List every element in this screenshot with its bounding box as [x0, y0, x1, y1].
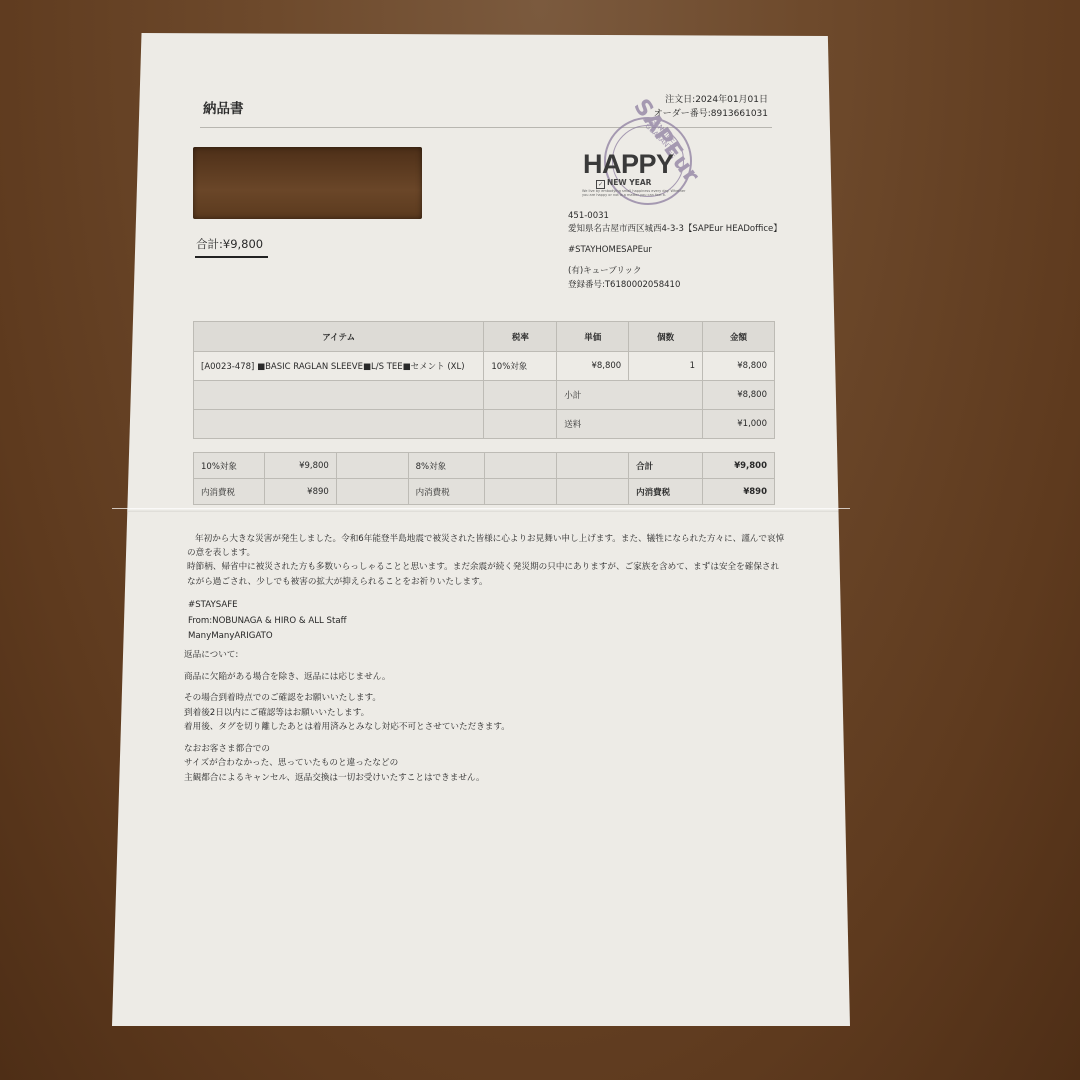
empty-cell — [484, 410, 557, 439]
from-line: From:NOBUNAGA & HIRO & ALL Staff — [188, 614, 347, 630]
new-year-label: ✓NEW YEAR — [596, 178, 651, 189]
grand-total-value: ¥9,800 — [703, 453, 775, 479]
sender-hashtag: #STAYHOMESAPEur — [568, 244, 652, 257]
shipping-label: 送料 — [557, 410, 703, 439]
logo-fine-print: We live by embodying small happiness eve… — [582, 189, 687, 197]
empty-cell — [557, 479, 629, 505]
returns-line: 到着後2日以内にご確認等はお願いいたします。 — [184, 706, 784, 721]
sender-postal-code: 451-0031 — [568, 210, 609, 223]
order-number: オーダー番号:8913661031 — [654, 107, 768, 121]
order-meta: 注文日:2024年01月01日 オーダー番号:8913661031 — [654, 93, 768, 121]
shipping-value: ¥1,000 — [703, 410, 775, 439]
rate8-label: 8%対象 — [408, 453, 484, 479]
returns-policy: 返品について: 商品に欠陥がある場合を除き、返品には応じません。 その場合到着時… — [184, 648, 784, 785]
header-tax-rate: 税率 — [484, 322, 557, 352]
empty-cell — [336, 479, 408, 505]
returns-line: その場合到着時点でのご確認をお願いいたします。 — [184, 691, 784, 706]
signature-block: #STAYSAFE From:NOBUNAGA & HIRO & ALL Sta… — [188, 598, 347, 645]
table-row: [A0023-478] ■BASIC RAGLAN SLEEVE■L/S TEE… — [194, 352, 775, 381]
sender-registration: 登録番号:T6180002058410 — [568, 279, 680, 292]
total-summary: 合計:¥9,800 — [196, 236, 263, 252]
condolence-message: 年初から大きな災害が発生しました。令和6年能登半島地震で被災された皆様に心よりお… — [187, 532, 787, 589]
new-year-text: NEW YEAR — [607, 178, 651, 187]
rate8-value — [484, 453, 557, 479]
item-unit-price: ¥8,800 — [557, 352, 629, 381]
returns-line: サイズが合わなかった、思っていたものと違ったなどの — [184, 756, 784, 771]
tax-row-base: 10%対象 ¥9,800 8%対象 合計 ¥9,800 — [194, 453, 775, 479]
tax8-label: 内消費税 — [408, 479, 484, 505]
empty-cell — [194, 410, 484, 439]
item-name: [A0023-478] ■BASIC RAGLAN SLEEVE■L/S TEE… — [194, 352, 484, 381]
subtotal-value: ¥8,800 — [703, 381, 775, 410]
happy-logo: HAPPY — [583, 149, 674, 180]
subtotal-row: 小計 ¥8,800 — [194, 381, 775, 410]
tax10-value: ¥890 — [264, 479, 336, 505]
header-unit-price: 単価 — [557, 322, 629, 352]
shipping-row: 送料 ¥1,000 — [194, 410, 775, 439]
total-tax-label: 内消費税 — [629, 479, 703, 505]
header-amount: 金額 — [703, 322, 775, 352]
total-tax-value: ¥890 — [703, 479, 775, 505]
sender-company: (有)キューブリック — [568, 265, 642, 278]
delivery-note: 納品書 注文日:2024年01月01日 オーダー番号:8913661031 合計… — [0, 0, 1080, 1080]
envelope-window-cutout — [193, 147, 422, 219]
item-amount: ¥8,800 — [703, 352, 775, 381]
tax8-value — [484, 479, 557, 505]
order-date: 注文日:2024年01月01日 — [654, 93, 768, 107]
thanks-line: ManyManyARIGATO — [188, 629, 347, 645]
paper-fold-line — [112, 508, 850, 509]
message-paragraph: 年初から大きな災害が発生しました。令和6年能登半島地震で被災された皆様に心よりお… — [187, 532, 787, 560]
returns-heading: 返品について: — [184, 648, 784, 663]
returns-line: 商品に欠陥がある場合を除き、返品には応じません。 — [184, 670, 784, 685]
message-paragraph: 時節柄、帰省中に被災された方も多数いらっしゃることと思います。まだ余震が続く発災… — [187, 560, 787, 588]
empty-cell — [484, 381, 557, 410]
rate10-value: ¥9,800 — [264, 453, 336, 479]
item-tax-rate: 10%対象 — [484, 352, 557, 381]
empty-cell — [336, 453, 408, 479]
rate10-label: 10%対象 — [194, 453, 265, 479]
total-underline — [195, 256, 268, 258]
returns-line: なおお客さま都合での — [184, 742, 784, 757]
subtotal-label: 小計 — [557, 381, 703, 410]
tax-row-consumption: 内消費税 ¥890 内消費税 内消費税 ¥890 — [194, 479, 775, 505]
header-quantity: 個数 — [629, 322, 703, 352]
grand-total-label: 合計 — [629, 453, 703, 479]
tax-summary-table: 10%対象 ¥9,800 8%対象 合計 ¥9,800 内消費税 ¥890 内消… — [193, 452, 775, 505]
check-box-icon: ✓ — [596, 180, 605, 189]
sender-address: 愛知県名古屋市西区城西4-3-3【SAPEur HEADoffice】 — [568, 223, 782, 236]
header-item: アイテム — [194, 322, 484, 352]
items-table: アイテム 税率 単価 個数 金額 [A0023-478] ■BASIC RAGL… — [193, 321, 775, 439]
returns-line: 着用後、タグを切り離したあとは着用済みとみなし対応不可とさせていただきます。 — [184, 720, 784, 735]
items-header-row: アイテム 税率 単価 個数 金額 — [194, 322, 775, 352]
empty-cell — [557, 453, 629, 479]
returns-line: 主観都合によるキャンセル、返品交換は一切お受けいたすことはできません。 — [184, 771, 784, 786]
title-divider — [200, 127, 772, 128]
document-title: 納品書 — [203, 97, 244, 117]
stay-safe-hashtag: #STAYSAFE — [188, 598, 347, 614]
item-quantity: 1 — [629, 352, 703, 381]
empty-cell — [194, 381, 484, 410]
tax10-label: 内消費税 — [194, 479, 265, 505]
